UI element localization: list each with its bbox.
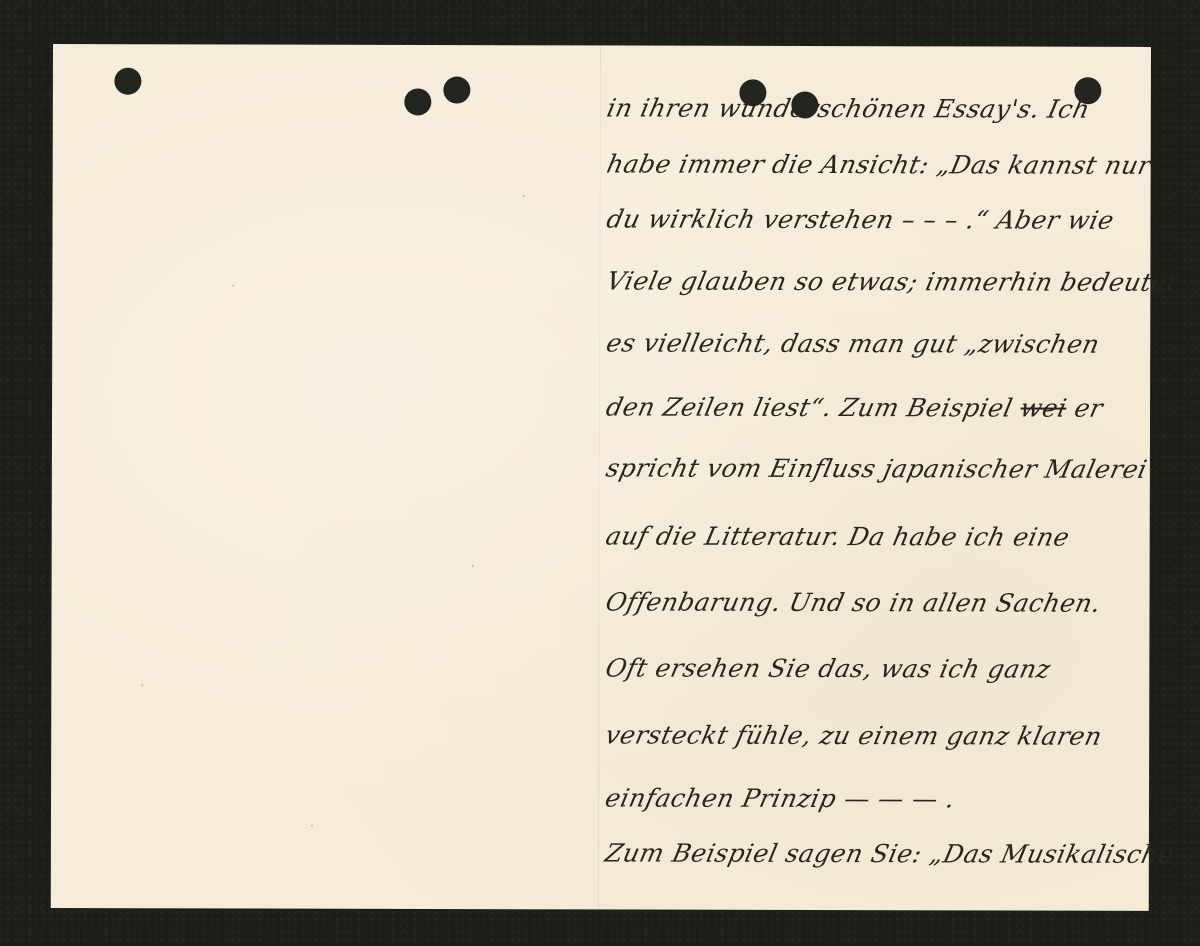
letter-sheet: in ihren wunderschönen Essay's. Ich habe…: [51, 44, 1151, 911]
text-segment: er: [1063, 394, 1105, 423]
text-line: du wirklich verstehen – – – .“ Aber wie: [605, 206, 1117, 232]
text-line: Oft ersehen Sie das, was ich ganz: [603, 655, 1053, 681]
text-line: habe immer die Ansicht: „Das kannst nur: [605, 151, 1154, 177]
text-line: den Zeilen liest“. Zum Beispiel wei er: [604, 394, 1105, 420]
text-line: Zum Beispiel sagen Sie: „Das Musikalisch…: [603, 840, 1177, 866]
text-line: Viele glauben so etwas; immerhin bedeute…: [604, 268, 1180, 294]
text-line: einfachen Prinzip — — — .: [603, 785, 958, 811]
text-line: Offenbarung. Und so in allen Sachen.: [604, 589, 1104, 615]
text-line: in ihren wunderschönen Essay's. Ich: [605, 95, 1093, 121]
text-line: versteckt fühle, zu einem ganz klaren: [603, 722, 1104, 748]
struck-word: wei: [1018, 394, 1070, 423]
text-line: spricht vom Einfluss japanischer Malerei: [604, 455, 1150, 481]
text-line: es vielleicht, dass man gut „zwischen: [604, 330, 1102, 356]
text-segment: den Zeilen liest“. Zum Beispiel: [604, 392, 1024, 422]
text-line: auf die Litteratur. Da habe ich eine: [604, 523, 1072, 549]
right-page-text: in ihren wunderschönen Essay's. Ich habe…: [51, 44, 1151, 911]
